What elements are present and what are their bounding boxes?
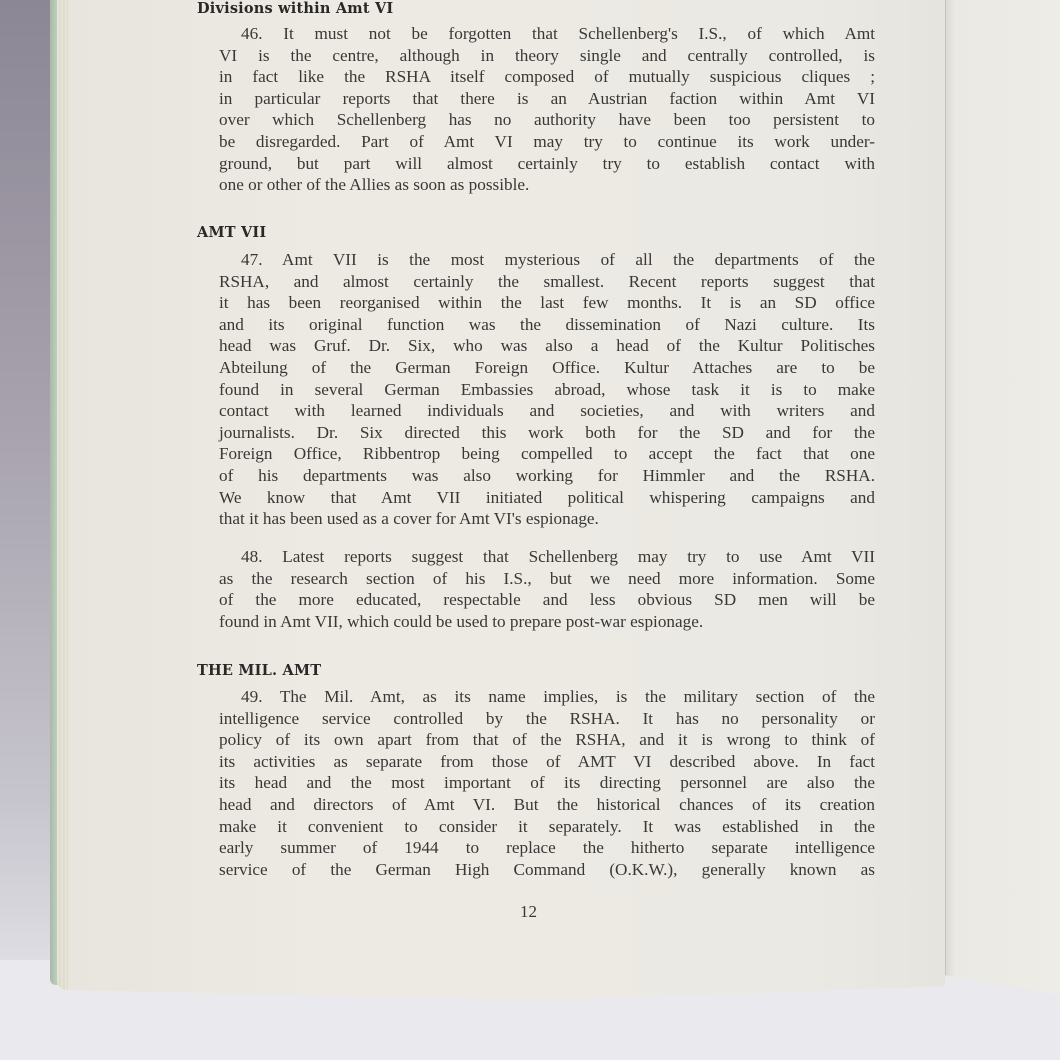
text-line: policy of its own apart from that of the… [197,729,875,751]
text-line: We know that Amt VII initiated political… [197,487,875,509]
text-line: and its original function was the dissem… [197,314,875,336]
text-line: be disregarded. Part of Amt VI may try t… [197,131,875,153]
text-line: of his departments was also working for … [197,465,875,487]
text-line: 46. It must not be forgotten that Schell… [197,23,875,45]
page-stack-edge [57,0,69,990]
text-line: found in several German Embassies abroad… [197,379,875,401]
text-line: 49. The Mil. Amt, as its name implies, i… [197,686,875,708]
text-line: its activities as separate from those of… [197,751,875,773]
text-line: intelligence service controlled by the R… [197,708,875,730]
paragraph-46: 46. It must not be forgotten that Schell… [197,23,875,196]
facing-page [945,0,1060,995]
text-line: over which Schellenberg has no authority… [197,109,875,131]
text-line: in particular reports that there is an A… [197,88,875,110]
text-line: Abteilung of the German Foreign Office. … [197,357,875,379]
text-line: of the more educated, respectable and le… [197,589,875,611]
section-heading-amt-vii: AMT VII [197,222,266,244]
paragraph-47: 47. Amt VII is the most mysterious of al… [197,249,875,530]
text-line: head was Gruf. Dr. Six, who was also a h… [197,335,875,357]
text-line: that it has been used as a cover for Amt… [197,508,875,530]
page-number: 12 [520,902,537,922]
text-line: journalists. Dr. Six directed this work … [197,422,875,444]
text-line: make it convenient to consider it separa… [197,816,875,838]
text-line: head and directors of Amt VI. But the hi… [197,794,875,816]
text-line: one or other of the Allies as soon as po… [197,174,875,196]
section-heading-divisions: Divisions within Amt VI [197,0,393,20]
text-line: 47. Amt VII is the most mysterious of al… [197,249,875,271]
text-line: found in Amt VII, which could be used to… [197,611,875,633]
section-heading-mil-amt: THE MIL. AMT [197,660,321,682]
text-line: 48. Latest reports suggest that Schellen… [197,546,875,568]
text-line: VI is the centre, although in theory sin… [197,45,875,67]
text-line: early summer of 1944 to replace the hith… [197,837,875,859]
text-line: its head and the most important of its d… [197,772,875,794]
text-line: in fact like the RSHA itself composed of… [197,66,875,88]
text-line: service of the German High Command (O.K.… [197,859,875,881]
paragraph-48: 48. Latest reports suggest that Schellen… [197,546,875,632]
text-line: Foreign Office, Ribbentrop being compell… [197,443,875,465]
text-line: it has been reorganised within the last … [197,292,875,314]
text-line: ground, but part will almost certainly t… [197,153,875,175]
text-line: as the research section of his I.S., but… [197,568,875,590]
background-surface-left [0,0,55,1060]
text-line: RSHA, and almost certainly the smallest.… [197,271,875,293]
text-line: contact with learned individuals and soc… [197,400,875,422]
paragraph-49: 49. The Mil. Amt, as its name implies, i… [197,686,875,880]
